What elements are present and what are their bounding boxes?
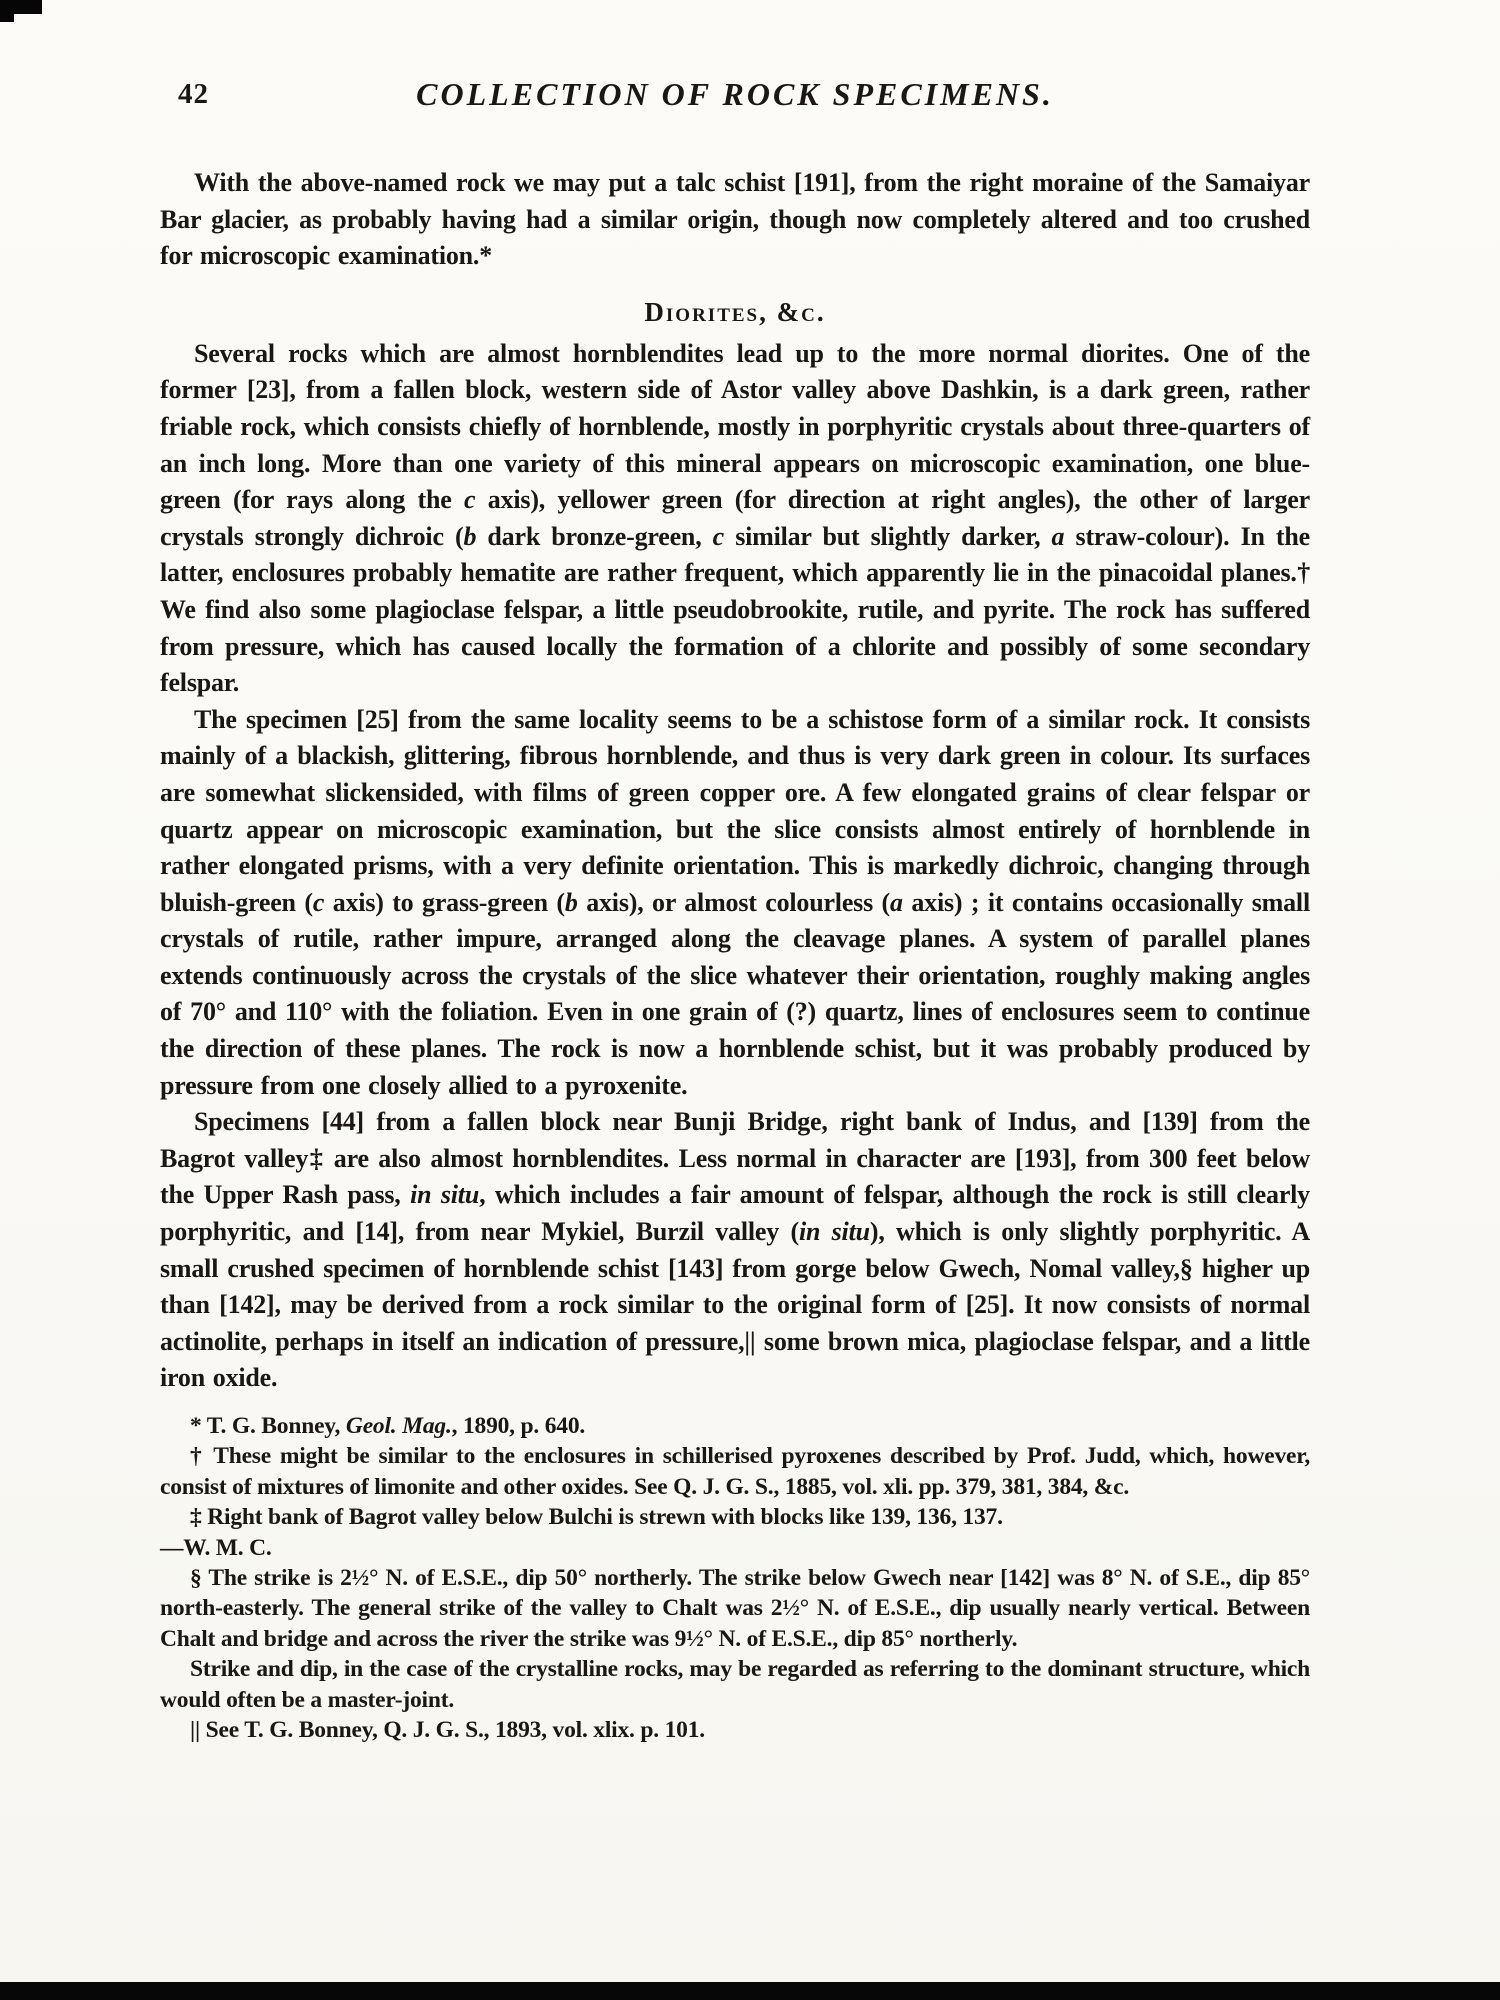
footnote-double-dagger: ‡ Right bank of Bagrot valley below Bulc…	[160, 1502, 1310, 1563]
italic-text-run: a	[890, 888, 903, 917]
footnotes: * T. G. Bonney, Geol. Mag., 1890, p. 640…	[160, 1411, 1310, 1745]
paragraph-hornblendites-diorites: Several rocks which are almost hornblend…	[160, 336, 1310, 702]
italic-text-run: in situ	[799, 1217, 870, 1246]
paragraph-specimens-44-139: Specimens [44] from a fallen block near …	[160, 1104, 1310, 1397]
footnote-dagger: † These might be similar to the enclosur…	[160, 1441, 1310, 1502]
body-paragraphs: Several rocks which are almost hornblend…	[160, 336, 1310, 1397]
italic-text-run: c	[464, 485, 475, 514]
text-run: † These might be similar to the enclosur…	[160, 1443, 1310, 1499]
text-run: ‡ Right bank of Bagrot valley below Bulc…	[190, 1504, 1003, 1530]
text-run: similar but slightly darker,	[724, 522, 1052, 551]
paragraph-talc-schist: With the above-named rock we may put a t…	[160, 165, 1310, 275]
text-run: The specimen [25] from the same locality…	[160, 705, 1310, 917]
page-number: 42	[178, 78, 209, 111]
intro-paragraphs: With the above-named rock we may put a t…	[160, 165, 1310, 275]
italic-text-run: b	[565, 888, 578, 917]
italic-text-run: Geol. Mag.	[346, 1413, 452, 1439]
text-run: dark bronze-green,	[476, 522, 712, 551]
italic-text-run: c	[713, 522, 724, 551]
page-header: 42 COLLECTION OF ROCK SPECIMENS.	[0, 0, 1500, 113]
text-run: axis) ; it contains occasionally small c…	[160, 888, 1310, 1100]
italic-text-run: in situ	[410, 1180, 479, 1209]
paragraph-specimen-25-schistose: The specimen [25] from the same locality…	[160, 702, 1310, 1105]
text-run: * T. G. Bonney,	[190, 1413, 346, 1439]
footnote-asterisk: * T. G. Bonney, Geol. Mag., 1890, p. 640…	[160, 1411, 1310, 1441]
text-run: , 1890, p. 640.	[452, 1413, 585, 1439]
scan-edge-bottom	[0, 1982, 1500, 2000]
italic-text-run: b	[463, 522, 476, 551]
book-page: 42 COLLECTION OF ROCK SPECIMENS. With th…	[0, 0, 1500, 2000]
text-run: § The strike is 2½° N. of E.S.E., dip 50…	[160, 1565, 1310, 1652]
section-heading: Diorites, &c.	[160, 297, 1310, 328]
footnote-strike-and-dip: Strike and dip, in the case of the cryst…	[160, 1654, 1310, 1715]
text-column: With the above-named rock we may put a t…	[160, 165, 1310, 1745]
text-run: axis) to grass-green (	[324, 888, 565, 917]
italic-text-run: a	[1052, 522, 1065, 551]
text-run: —W. M. C.	[160, 1535, 272, 1561]
text-run: || See T. G. Bonney, Q. J. G. S., 1893, …	[190, 1717, 705, 1743]
italic-text-run: c	[313, 888, 324, 917]
footnote-section: § The strike is 2½° N. of E.S.E., dip 50…	[160, 1563, 1310, 1654]
footnote-parallel: || See T. G. Bonney, Q. J. G. S., 1893, …	[160, 1715, 1310, 1745]
text-run: axis), or almost colourless (	[578, 888, 890, 917]
text-run: With the above-named rock we may put a t…	[160, 168, 1310, 270]
text-run: Strike and dip, in the case of the cryst…	[160, 1656, 1310, 1712]
running-title: COLLECTION OF ROCK SPECIMENS.	[160, 76, 1310, 113]
